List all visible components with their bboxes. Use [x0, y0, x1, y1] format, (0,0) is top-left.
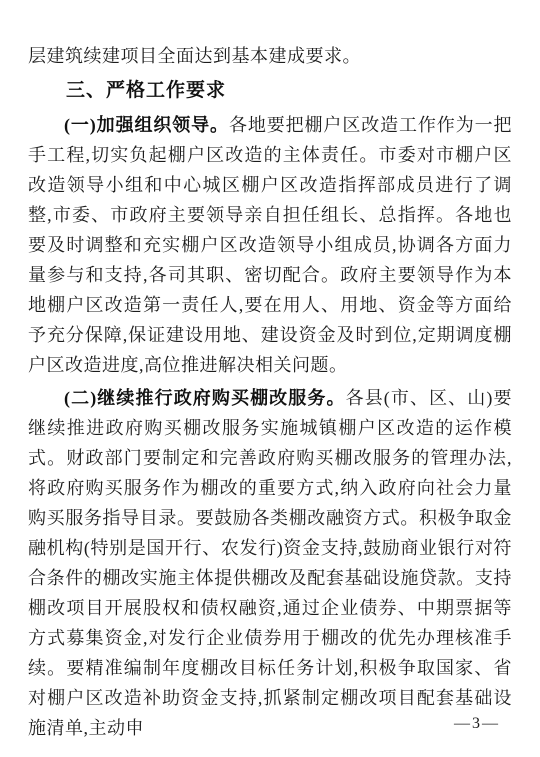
paragraph-1-body: 各地要把棚户区改造工作作为一把手工程,切实负起棚户区改造的主体责任。市委对市棚户… [28, 115, 512, 375]
paragraph-2-lead: (二)继续推行政府购买棚改服务。 [64, 388, 346, 408]
section-heading: 三、严格工作要求 [28, 76, 512, 106]
document-content: 层建筑续建项目全面达到基本建成要求。 三、严格工作要求 (一)加强组织领导。各地… [28, 41, 512, 743]
paragraph-2-body: 各县(市、区、山)要继续推进政府购买棚改服务实施城镇棚户区改造的运作模式。财政部… [28, 388, 512, 738]
paragraph-1: (一)加强组织领导。各地要把棚户区改造工作作为一把手工程,切实负起棚户区改造的主… [28, 110, 512, 380]
paragraph-1-lead: (一)加强组织领导。 [64, 115, 229, 135]
page-number: —3— [454, 716, 500, 732]
continuation-line: 层建筑续建项目全面达到基本建成要求。 [28, 41, 512, 71]
paragraph-2: (二)继续推行政府购买棚改服务。各县(市、区、山)要继续推进政府购买棚改服务实施… [28, 383, 512, 743]
document-page: 层建筑续建项目全面达到基本建成要求。 三、严格工作要求 (一)加强组织领导。各地… [0, 0, 540, 757]
